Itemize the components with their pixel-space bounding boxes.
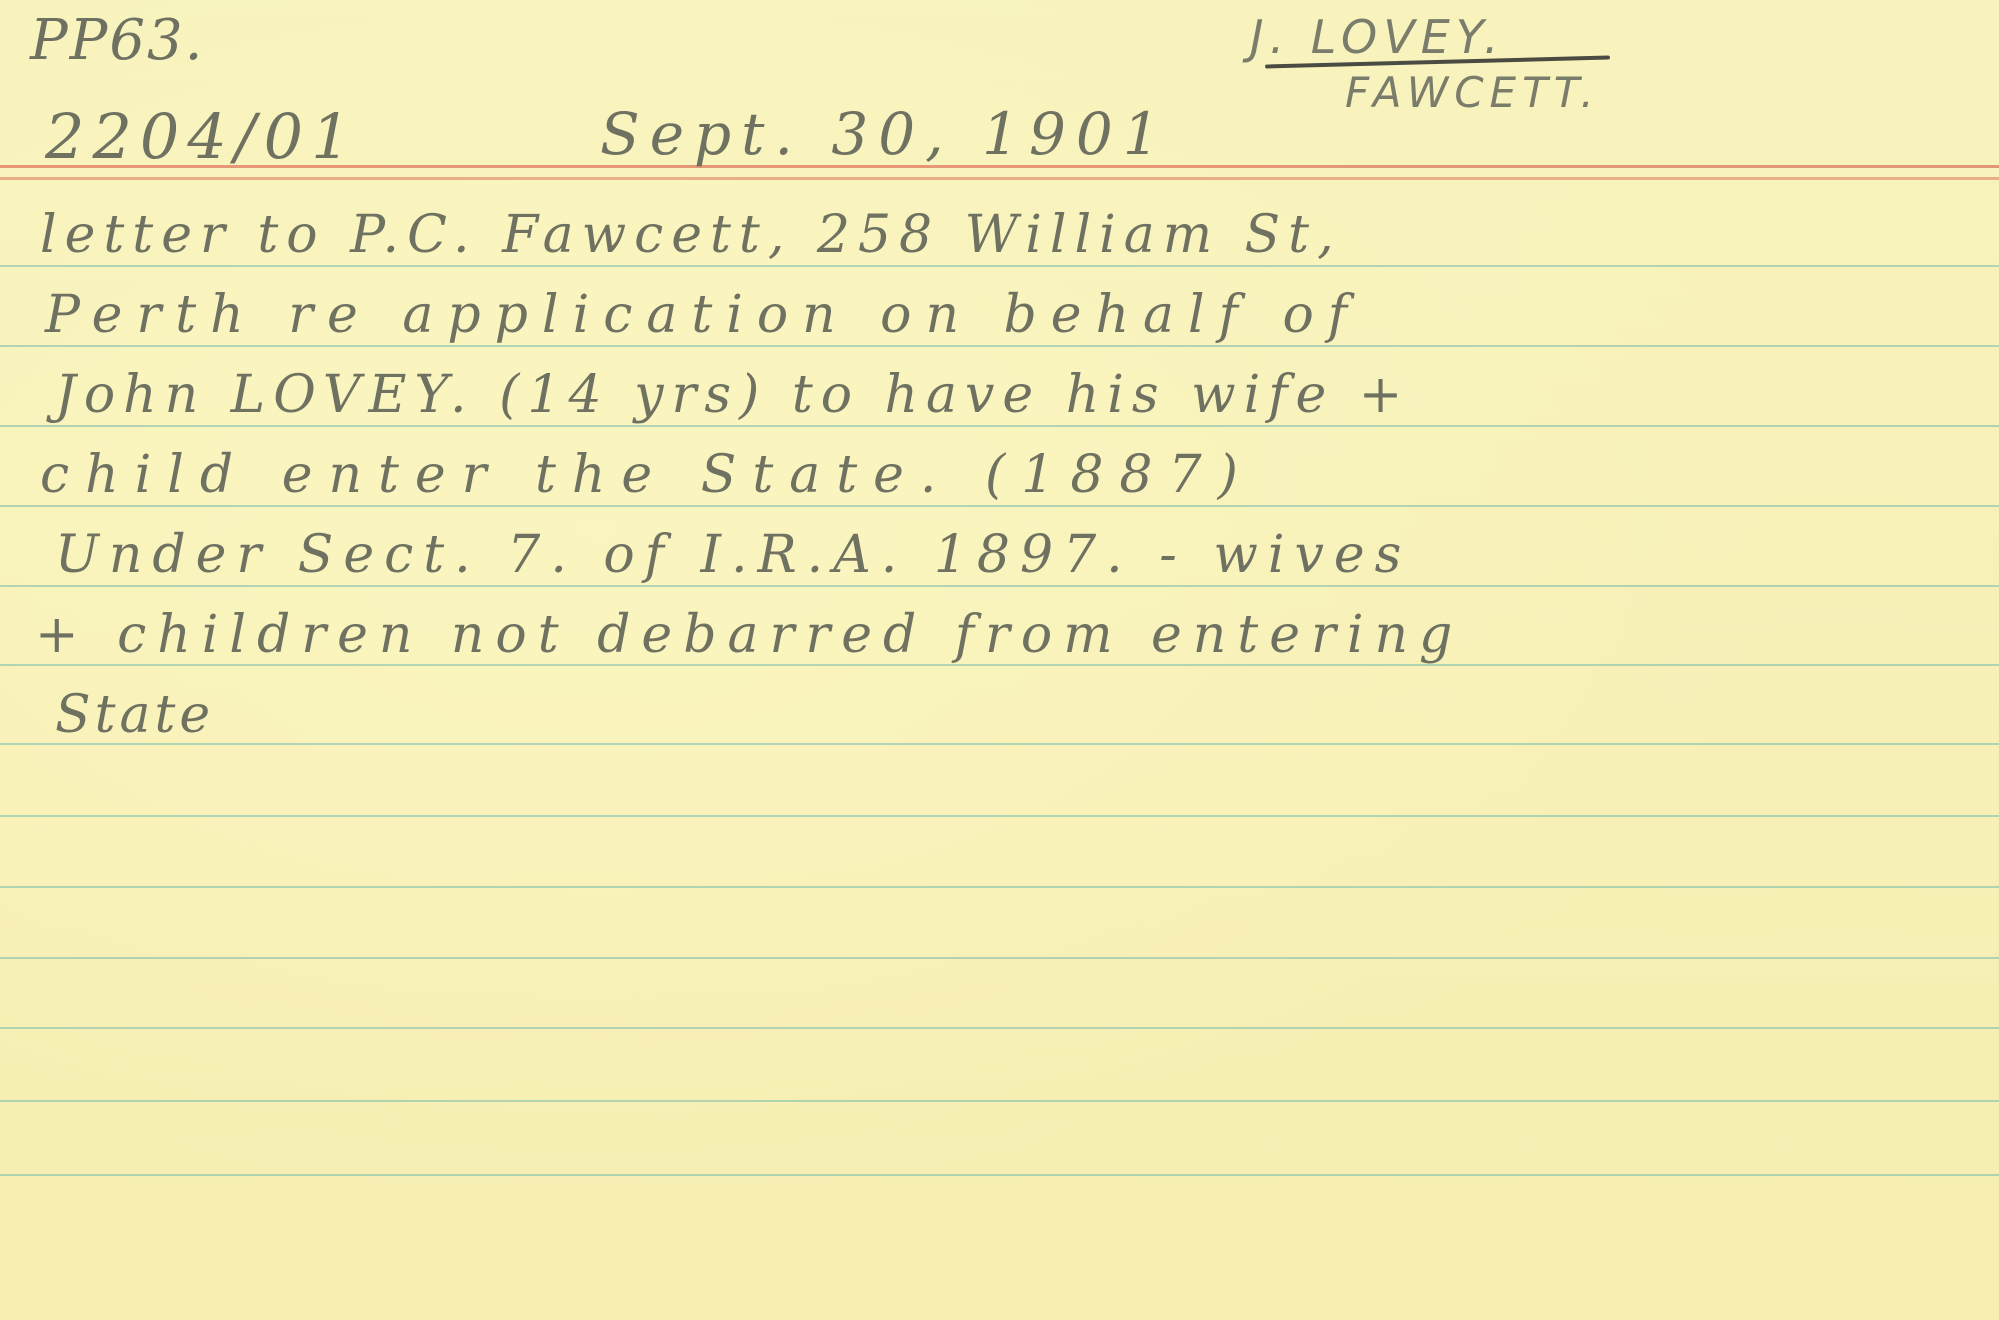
note-line-6: + children not debarred from entering	[35, 605, 1463, 665]
header-rule-bottom	[0, 177, 1999, 180]
file-number: 2204/01	[45, 100, 359, 173]
ruled-line	[0, 886, 1999, 888]
reference-code: PP63.	[30, 8, 204, 73]
note-line-3: John LOVEY. (14 yrs) to have his wife +	[55, 365, 1410, 425]
ruled-line	[0, 1174, 1999, 1176]
note-line-7: State	[55, 685, 214, 745]
index-card: PP63. 2204/01 Sept. 30, 1901 J. LOVEY. F…	[0, 0, 1999, 1320]
ruled-line	[0, 815, 1999, 817]
ruled-line	[0, 345, 1999, 347]
date: Sept. 30, 1901	[600, 100, 1170, 168]
note-line-4: child enter the State. (1887)	[40, 445, 1254, 505]
note-line-5: Under Sect. 7. of I.R.A. 1897. - wives	[55, 525, 1411, 585]
subject-name: J. LOVEY.	[1250, 10, 1505, 64]
ruled-line	[0, 265, 1999, 267]
ruled-line	[0, 425, 1999, 427]
ruled-line	[0, 743, 1999, 745]
ruled-line	[0, 505, 1999, 507]
note-line-2: Perth re application on behalf of	[45, 285, 1361, 345]
ruled-line	[0, 1027, 1999, 1029]
ruled-line	[0, 957, 1999, 959]
related-name: FAWCETT.	[1345, 68, 1600, 117]
ruled-line	[0, 585, 1999, 587]
ruled-line	[0, 1100, 1999, 1102]
note-line-1: letter to P.C. Fawcett, 258 William St,	[40, 205, 1342, 265]
